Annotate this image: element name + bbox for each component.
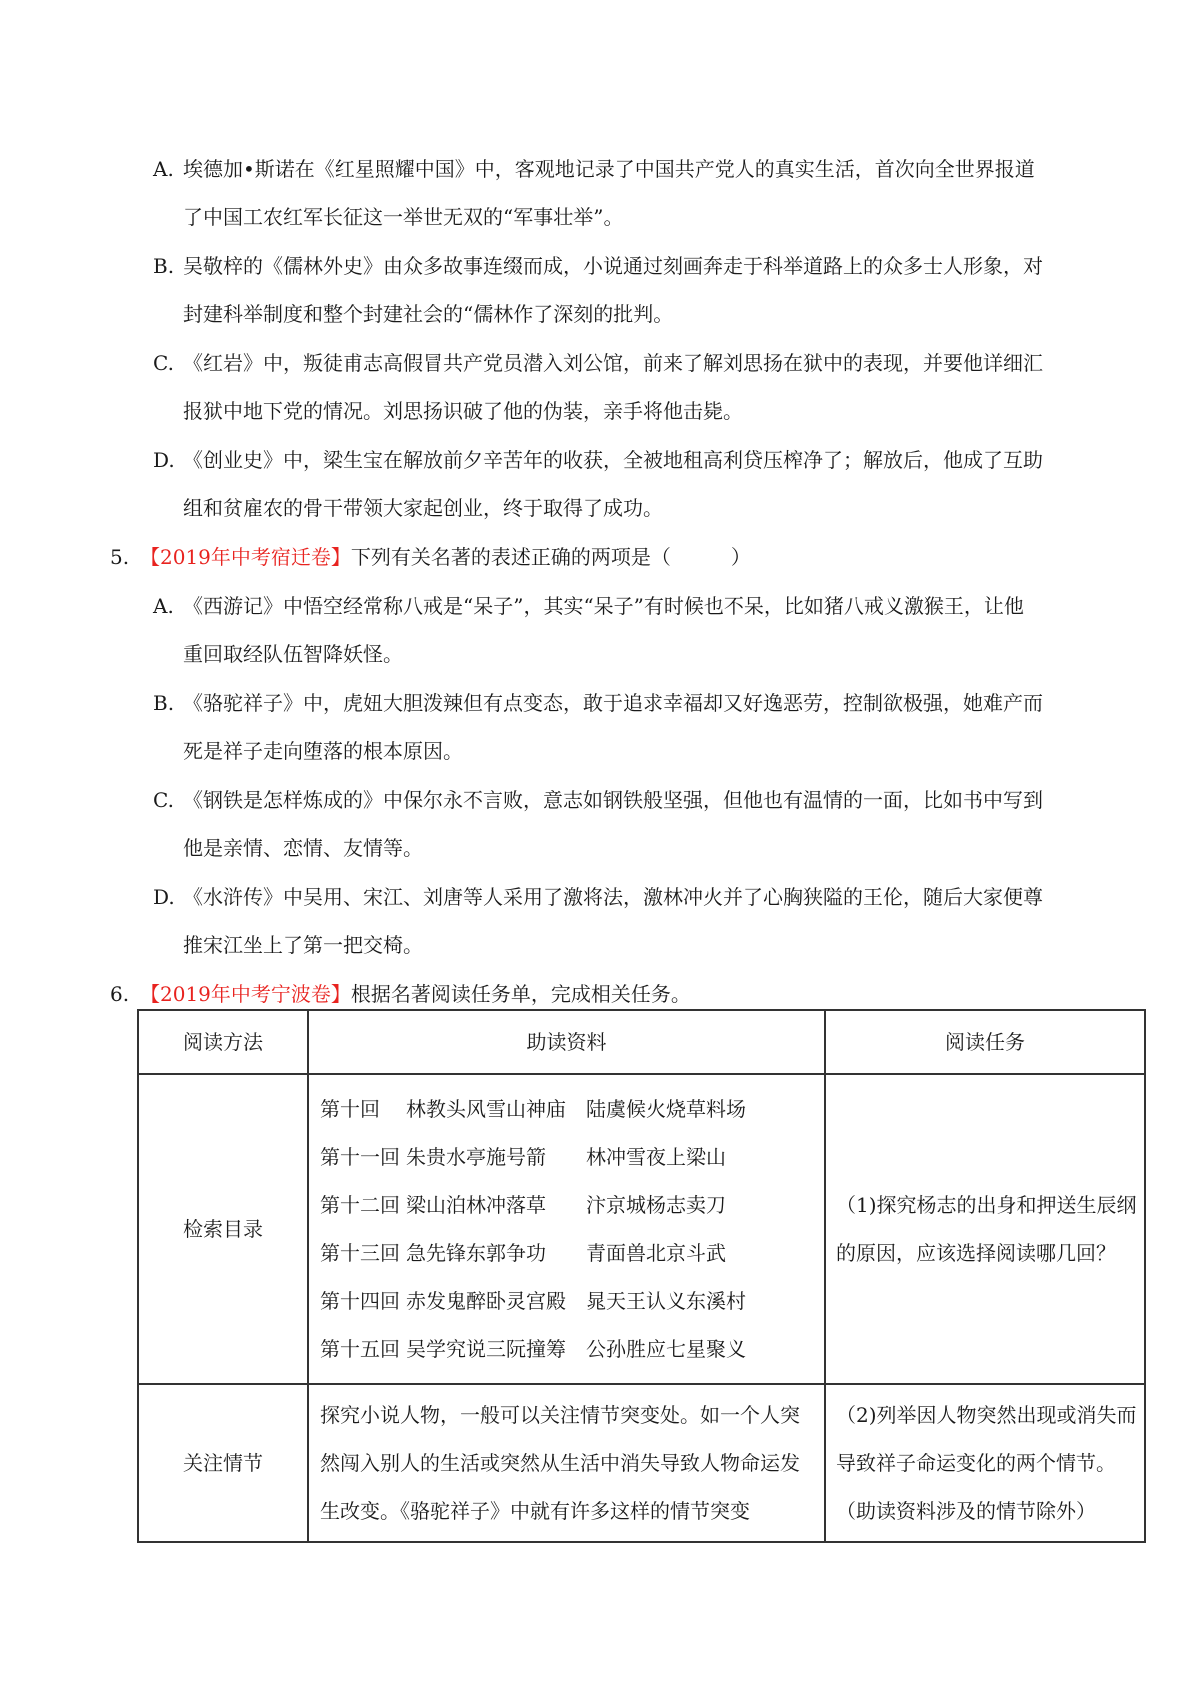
option-line: 重回取经队伍智降妖怪。	[183, 642, 403, 666]
option-line: 组和贫雇农的骨干带领大家起创业，终于取得了成功。	[183, 496, 663, 520]
question-source: 【2019年中考宿迁卷】	[140, 545, 351, 569]
material-cell: 探究小说人物，一般可以关注情节突变处。如一个人突然闯入别人的生活或突然从生活中消…	[308, 1384, 825, 1542]
option-label: A.	[153, 157, 183, 181]
option-line: 了中国工农红军长征这一举世无双的“军事壮举”。	[183, 205, 623, 229]
option-label: C.	[153, 788, 183, 812]
table-row: 检索目录 第十回林教头风雪山神庙陆虞候火烧草料场 第十一回朱贵水亭施号箭林冲雪夜…	[138, 1074, 1145, 1384]
toc-entry: 第十四回赤发鬼醉卧灵宫殿晁天王认义东溪村	[320, 1277, 814, 1325]
header-task: 阅读任务	[825, 1010, 1145, 1074]
question-stem: 6.【2019年中考宁波卷】根据名著阅读任务单，完成相关任务。	[110, 982, 691, 1006]
option-label: D.	[153, 885, 183, 909]
toc-entry: 第十三回急先锋东郭争功青面兽北京斗武	[320, 1229, 814, 1277]
option-line: 死是祥子走向堕落的根本原因。	[183, 739, 463, 763]
question-number: 6.	[110, 982, 140, 1006]
option-label: C.	[153, 351, 183, 375]
option-label: D.	[153, 448, 183, 472]
option-line: B.《骆驼祥子》中，虎妞大胆泼辣但有点变态，敢于追求幸福却又好逸恶劳，控制欲极强…	[153, 691, 1043, 715]
question-source: 【2019年中考宁波卷】	[140, 982, 351, 1006]
task-cell: （1)探究杨志的出身和押送生辰纲的原因，应该选择阅读哪几回？	[825, 1074, 1145, 1384]
method-cell: 关注情节	[138, 1384, 308, 1542]
option-line: C.《红岩》中，叛徒甫志高假冒共产党员潜入刘公馆，前来了解刘思扬在狱中的表现，并…	[153, 351, 1043, 375]
table-header-row: 阅读方法 助读资料 阅读任务	[138, 1010, 1145, 1074]
option-line: 封建科举制度和整个封建社会的“儒林作了深刻的批判。	[183, 302, 673, 326]
header-method: 阅读方法	[138, 1010, 308, 1074]
toc-entry: 第十回林教头风雪山神庙陆虞候火烧草料场	[320, 1085, 814, 1133]
option-line: A.埃德加•斯诺在《红星照耀中国》中，客观地记录了中国共产党人的真实生活，首次向…	[153, 157, 1035, 181]
toc-entry: 第十一回朱贵水亭施号箭林冲雪夜上梁山	[320, 1133, 814, 1181]
option-line: 报狱中地下党的情况。刘思扬识破了他的伪装，亲手将他击毙。	[183, 399, 743, 423]
option-line: B.吴敬梓的《儒林外史》由众多故事连缀而成，小说通过刻画奔走于科举道路上的众多士…	[153, 254, 1043, 278]
option-label: B.	[153, 254, 183, 278]
option-label: B.	[153, 691, 183, 715]
question-stem: 5.【2019年中考宿迁卷】下列有关名著的表述正确的两项是（ ）	[110, 545, 751, 569]
toc-entry: 第十二回梁山泊林冲落草汴京城杨志卖刀	[320, 1181, 814, 1229]
toc-entry: 第十五回吴学究说三阮撞筹公孙胜应七星聚义	[320, 1325, 814, 1373]
task-cell: （2)列举因人物突然出现或消失而导致祥子命运变化的两个情节。（助读资料涉及的情节…	[825, 1384, 1145, 1542]
option-line: C.《钢铁是怎样炼成的》中保尔永不言败，意志如钢铁般坚强，但他也有温情的一面，比…	[153, 788, 1043, 812]
question-text: 根据名著阅读任务单，完成相关任务。	[351, 982, 691, 1006]
toc-cell: 第十回林教头风雪山神庙陆虞候火烧草料场 第十一回朱贵水亭施号箭林冲雪夜上梁山 第…	[308, 1074, 825, 1384]
option-line: D.《水浒传》中吴用、宋江、刘唐等人采用了激将法，激林冲火并了心胸狭隘的王伦，随…	[153, 885, 1043, 909]
method-cell: 检索目录	[138, 1074, 308, 1384]
option-line: 推宋江坐上了第一把交椅。	[183, 933, 423, 957]
question-text: 下列有关名著的表述正确的两项是（ ）	[351, 545, 751, 569]
table-row: 关注情节 探究小说人物，一般可以关注情节突变处。如一个人突然闯入别人的生活或突然…	[138, 1384, 1145, 1542]
option-line: A.《西游记》中悟空经常称八戒是“呆子”，其实“呆子”有时候也不呆，比如猪八戒义…	[153, 594, 1024, 618]
option-line: D.《创业史》中，梁生宝在解放前夕辛苦年的收获，全被地租高利贷压榨净了；解放后，…	[153, 448, 1043, 472]
option-line: 他是亲情、恋情、友情等。	[183, 836, 423, 860]
question-number: 5.	[110, 545, 140, 569]
option-label: A.	[153, 594, 183, 618]
reading-task-table: 阅读方法 助读资料 阅读任务 检索目录 第十回林教头风雪山神庙陆虞候火烧草料场 …	[137, 1009, 1146, 1543]
header-material: 助读资料	[308, 1010, 825, 1074]
